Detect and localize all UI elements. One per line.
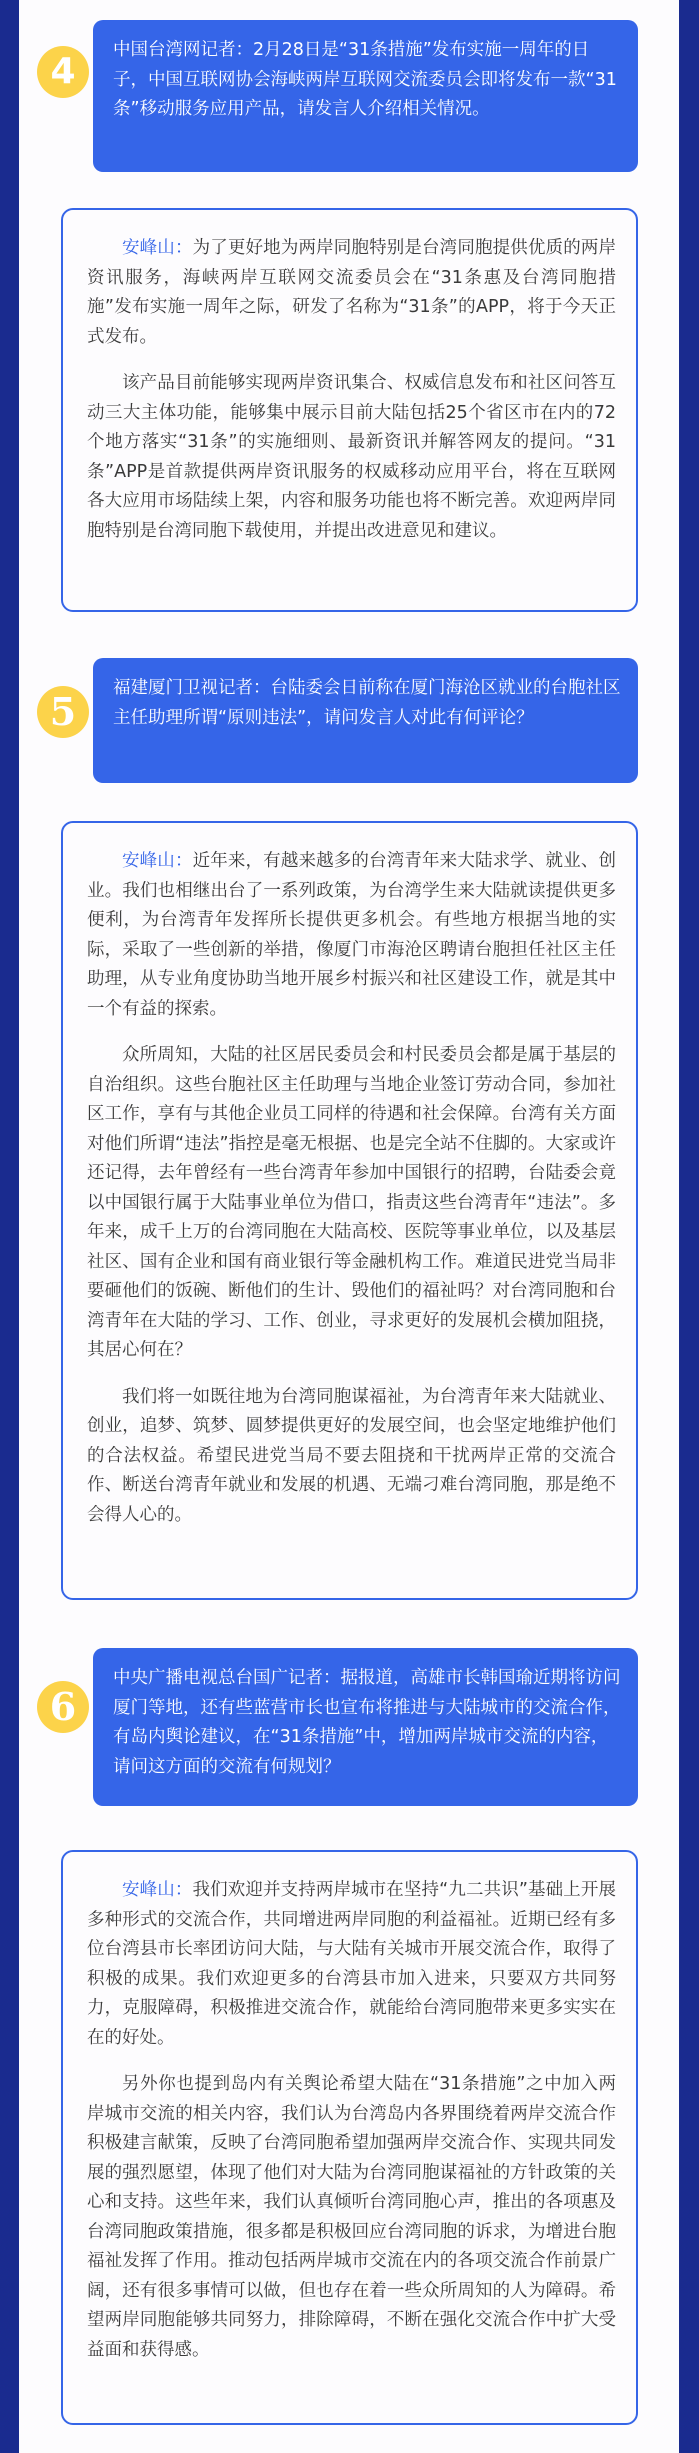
answer-paragraph: 另外你也提到岛内有关舆论希望大陆在“31条措施”之中加入两岸城市交流的相关内容，… — [87, 2070, 616, 2365]
question-number-badge: 4 — [37, 46, 89, 98]
question-box: 中央广播电视总台国广记者：据报道，高雄市长韩国瑜近期将访问厦门等地，还有些蓝营市… — [93, 1648, 638, 1806]
page-content: 4 中国台湾网记者：2月28日是“31条措施”发布实施一周年的日子，中国互联网协… — [19, 0, 679, 2453]
question-number-badge: 6 — [37, 1681, 89, 1733]
answer-box: 安峰山：我们欢迎并支持两岸城市在坚持“九二共识”基础上开展多种形式的交流合作，共… — [61, 1850, 638, 2425]
question-number-badge: 5 — [37, 686, 89, 738]
answer-paragraph: 安峰山：近年来，有越来越多的台湾青年来大陆求学、就业、创业。我们也相继出台了一系… — [87, 847, 616, 1024]
answer-paragraph: 众所周知，大陆的社区居民委员会和村民委员会都是属于基层的自治组织。这些台胞社区主… — [87, 1041, 616, 1366]
question-box: 中国台湾网记者：2月28日是“31条措施”发布实施一周年的日子，中国互联网协会海… — [93, 20, 638, 172]
answer-box: 安峰山：为了更好地为两岸同胞特别是台湾同胞提供优质的两岸资讯服务，海峡两岸互联网… — [61, 208, 638, 612]
answer-paragraph: 该产品目前能够实现两岸资讯集合、权威信息发布和社区问答互动三大主体功能，能够集中… — [87, 369, 616, 546]
question-box: 福建厦门卫视记者：台陆委会日前称在厦门海沧区就业的台胞社区主任助理所谓“原则违法… — [93, 658, 638, 783]
answer-text: 近年来，有越来越多的台湾青年来大陆求学、就业、创业。我们也相继出台了一系列政策，… — [87, 851, 616, 1019]
answer-box: 安峰山：近年来，有越来越多的台湾青年来大陆求学、就业、创业。我们也相继出台了一系… — [61, 821, 638, 1600]
answer-paragraph: 安峰山：为了更好地为两岸同胞特别是台湾同胞提供优质的两岸资讯服务，海峡两岸互联网… — [87, 234, 616, 352]
answer-paragraph: 我们将一如既往地为台湾同胞谋福祉，为台湾青年来大陆就业、创业，追梦、筑梦、圆梦提… — [87, 1383, 616, 1531]
speaker-name: 安峰山： — [122, 1880, 192, 1900]
speaker-name: 安峰山： — [122, 238, 193, 258]
answer-paragraph: 安峰山：我们欢迎并支持两岸城市在坚持“九二共识”基础上开展多种形式的交流合作，共… — [87, 1876, 616, 2053]
speaker-name: 安峰山： — [122, 851, 193, 871]
answer-text: 我们欢迎并支持两岸城市在坚持“九二共识”基础上开展多种形式的交流合作，共同增进两… — [87, 1880, 616, 2048]
